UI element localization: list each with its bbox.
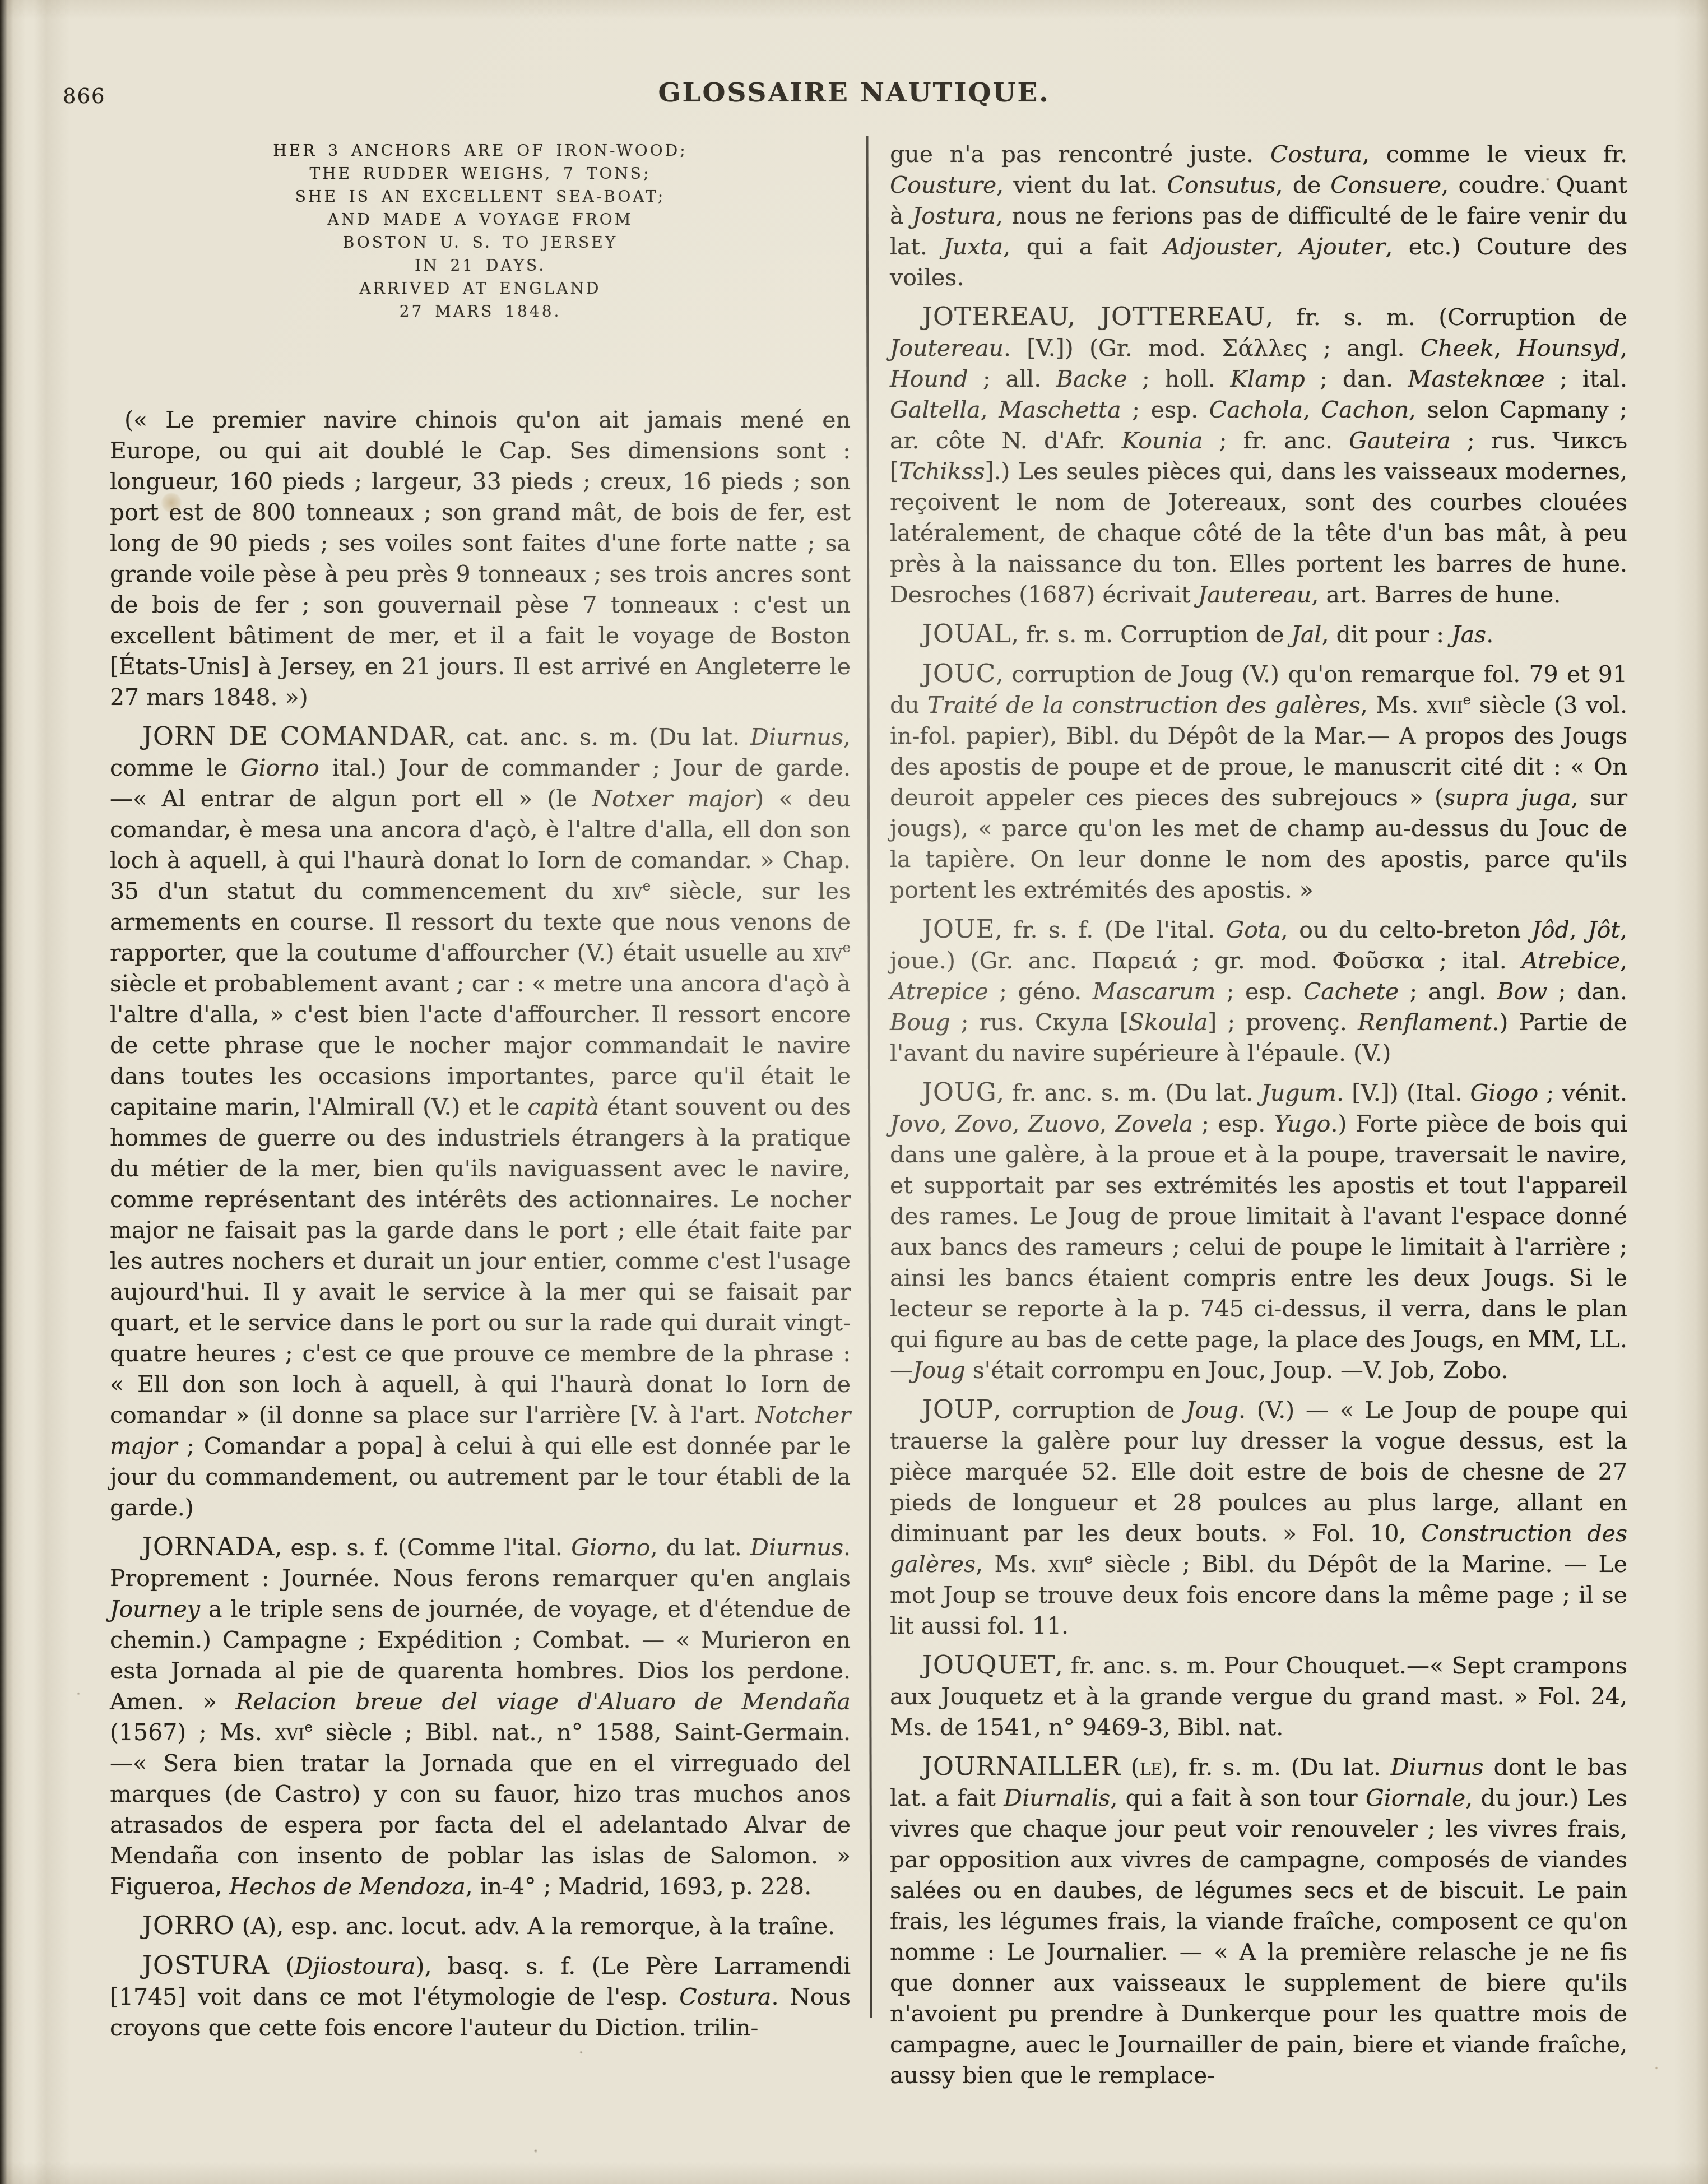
- text-run: Jas: [1451, 621, 1486, 648]
- text-run: , du jour.) Les vivres que chaque jour p…: [890, 1784, 1627, 2089]
- text-run: , comme le vieux fr.: [1362, 141, 1627, 168]
- text-paragraph: (« Le premier navire chinois qu'on ait j…: [110, 405, 851, 713]
- text-run: Kounia: [1122, 427, 1203, 454]
- text-run: Joutereau: [890, 335, 1004, 361]
- text-run: .: [1486, 621, 1493, 648]
- dictionary-entry: JORNADA, esp. s. f. (Comme l'ital. Giorn…: [110, 1531, 851, 1902]
- text-run: étant souvent ou des hommes de guerre ou…: [110, 1093, 851, 1429]
- verse-line: IN 21 DAYS.: [110, 254, 851, 277]
- text-run: Mascarum: [1093, 978, 1216, 1005]
- left-column-text: (« Le premier navire chinois qu'on ait j…: [110, 405, 851, 2043]
- text-run: ; ital.: [1545, 365, 1627, 392]
- text-run: , ou du celto-breton: [1281, 916, 1532, 943]
- text-run: s'était corrompu en Jouc, Joup. —V. Job,…: [966, 1357, 1509, 1384]
- text-run: xvii: [1048, 1551, 1085, 1578]
- text-run: ,: [1276, 233, 1299, 260]
- text-run: xiv: [813, 939, 842, 966]
- text-run: Costura: [679, 1983, 771, 2010]
- text-run: Zuovo: [1028, 1110, 1099, 1137]
- text-run: .) Forte pièce de bois qui dans une galè…: [890, 1110, 1627, 1384]
- text-run: Cousture: [890, 171, 996, 198]
- text-run: Masteknœe: [1408, 365, 1545, 392]
- text-run: ; esp.: [1215, 978, 1303, 1005]
- text-run: , fr. s. f. (De l'ital.: [995, 916, 1226, 943]
- text-run: Diurnalis: [1004, 1784, 1110, 1811]
- text-run: Traité de la construction des galères: [927, 692, 1360, 718]
- entry-headword: JOUQUET: [922, 1650, 1056, 1680]
- text-run: Consutus: [1167, 171, 1276, 198]
- text-run: Galtella: [890, 396, 981, 423]
- text-run: ; esp.: [1121, 396, 1209, 423]
- verse-line: ARRIVED AT ENGLAND: [110, 277, 851, 300]
- text-run: Consuere: [1330, 171, 1441, 198]
- text-run: ; dan.: [1547, 978, 1627, 1005]
- text-run: Diurnus: [750, 724, 843, 750]
- verse-line: SHE IS AN EXCELLENT SEA-BOAT;: [110, 185, 851, 208]
- entry-headword: JORRO: [142, 1911, 235, 1940]
- entry-headword: JOUC: [922, 659, 996, 688]
- text-run: Boug: [890, 1009, 950, 1036]
- verse-line: AND MADE A VOYAGE FROM: [110, 208, 851, 231]
- text-run: Costura: [1270, 141, 1362, 168]
- dictionary-entry: JOUP, corruption de Joug. (V.) — « Le Jo…: [890, 1394, 1627, 1642]
- text-run: Giogo: [1470, 1079, 1538, 1106]
- text-run: Tchikss: [899, 458, 985, 485]
- text-run: Cachete: [1303, 978, 1399, 1005]
- text-run: ; vénit.: [1538, 1079, 1627, 1106]
- text-run: (: [270, 1953, 294, 1979]
- text-run: xvii: [1427, 692, 1463, 718]
- text-run: , fr. s. m. (Corruption de: [1266, 304, 1627, 331]
- text-run: , qui a fait: [1003, 233, 1163, 260]
- verse-line: HER 3 ANCHORS ARE OF IRON-WOOD;: [110, 139, 851, 162]
- text-run: , dit pour :: [1321, 621, 1451, 648]
- dictionary-entry: JOSTURA (Djiostoura), basq. s. f. (Le Pè…: [110, 1950, 851, 2043]
- text-run: Notxer major: [592, 785, 755, 812]
- text-run: Giorno: [571, 1534, 650, 1561]
- text-run: Gauteira: [1349, 427, 1451, 454]
- text-run: , du lat.: [650, 1534, 750, 1561]
- text-run: e: [643, 878, 651, 894]
- text-run: Jôd: [1531, 916, 1569, 943]
- text-run: ,: [981, 396, 999, 423]
- text-run: le: [1140, 1754, 1162, 1780]
- verse-line: 27 MARS 1848.: [110, 300, 851, 323]
- entry-headword: JOURNAILLER: [922, 1751, 1121, 1781]
- text-run: e: [1463, 692, 1472, 708]
- dictionary-entry: JOUE, fr. s. f. (De l'ital. Gota, ou du …: [890, 914, 1627, 1069]
- text-run: ,: [940, 1110, 955, 1137]
- text-run: Giorno: [240, 754, 319, 781]
- text-run: ] ; provenç.: [1208, 1009, 1358, 1036]
- verse-line: BOSTON U. S. TO JERSEY: [110, 231, 851, 254]
- text-run: ; angl.: [1399, 978, 1497, 1005]
- text-run: Cheek: [1421, 335, 1494, 361]
- text-run: ; rus. Скула [: [950, 1009, 1128, 1036]
- text-run: (« Le premier navire chinois qu'on ait j…: [110, 406, 851, 711]
- text-run: (A), esp. anc. locut. adv. A la remorque…: [235, 1913, 836, 1940]
- text-run: , Ms.: [1361, 692, 1427, 718]
- text-run: ; esp.: [1193, 1110, 1274, 1137]
- text-run: ,: [1570, 916, 1588, 943]
- text-run: Giornale: [1366, 1784, 1465, 1811]
- text-run: Journey: [110, 1596, 200, 1622]
- text-run: ; fr. anc.: [1203, 427, 1349, 454]
- text-run: Hound: [890, 365, 968, 392]
- entry-headword: JOSTURA: [142, 1950, 270, 1980]
- text-run: ), fr. s. m. (Du lat.: [1162, 1754, 1391, 1780]
- text-run: supra juga: [1444, 784, 1571, 811]
- text-run: ; all.: [968, 365, 1056, 392]
- text-run: Jôt: [1588, 916, 1620, 943]
- text-run: Bow: [1497, 978, 1547, 1005]
- right-column: gue n'a pas rencontré juste. Costura, co…: [890, 139, 1627, 2091]
- text-run: , in-4° ; Madrid, 1693, p. 228.: [466, 1873, 812, 1900]
- text-run: Yugo: [1274, 1110, 1331, 1137]
- text-run: . [V.]) (Ital.: [1336, 1079, 1470, 1106]
- entry-headword: JORNADA: [142, 1532, 275, 1561]
- text-run: Skoula: [1129, 1009, 1208, 1036]
- verse-block: HER 3 ANCHORS ARE OF IRON-WOOD;THE RUDDE…: [110, 139, 851, 323]
- text-run: Maschetta: [999, 396, 1121, 423]
- dictionary-entry: JOUQUET, fr. anc. s. m. Pour Chouquet.—«…: [890, 1649, 1627, 1743]
- text-paragraph: gue n'a pas rencontré juste. Costura, co…: [890, 139, 1627, 293]
- entry-headword: JOUAL: [922, 619, 1011, 648]
- text-run: (1567) ; Ms.: [110, 1719, 275, 1746]
- text-run: Juxta: [943, 233, 1003, 260]
- verse-line: THE RUDDER WEIGHS, 7 TONS;: [110, 162, 851, 185]
- text-run: Relacion breue del viage d'Aluaro de Men…: [236, 1688, 851, 1715]
- text-run: , cat. anc. s. m. (Du lat.: [448, 724, 750, 750]
- text-run: ; Comandar a popa] à celui à qui elle es…: [110, 1432, 851, 1521]
- text-run: , Ms.: [976, 1551, 1048, 1578]
- text-run: ,: [1012, 1110, 1028, 1137]
- text-run: e: [1085, 1551, 1093, 1567]
- dictionary-entry: JOTEREAU, JOTTEREAU, fr. s. m. (Corrupti…: [890, 301, 1627, 610]
- text-run: , qui a fait à son tour: [1110, 1784, 1366, 1811]
- scanned-page: { "theme": { "paper_color": "#e8e3d4", "…: [0, 0, 1708, 2184]
- text-run: , fr. anc. s. m. (Du lat.: [997, 1079, 1261, 1106]
- text-run: Zovela: [1116, 1110, 1193, 1137]
- text-run: , art. Barres de hune.: [1311, 581, 1561, 608]
- text-run: Jal: [1291, 621, 1321, 648]
- dictionary-entry: JORRO (A), esp. anc. locut. adv. A la re…: [110, 1910, 851, 1942]
- entry-headword: JOTEREAU, JOTTEREAU: [922, 302, 1266, 331]
- text-run: , vient du lat.: [996, 171, 1167, 198]
- text-run: xvi: [275, 1719, 304, 1746]
- text-run: Hechos de Mendoza: [229, 1873, 465, 1900]
- entry-headword: JOUG: [922, 1077, 997, 1107]
- text-run: Cachon: [1321, 396, 1409, 423]
- text-run: Adjouster: [1163, 233, 1276, 260]
- text-run: ,: [1099, 1110, 1115, 1137]
- text-run: ,: [1303, 396, 1321, 423]
- text-run: , de: [1276, 171, 1331, 198]
- text-run: Jostura: [912, 202, 996, 229]
- dictionary-entry: JORN DE COMANDAR, cat. anc. s. m. (Du la…: [110, 721, 851, 1523]
- text-run: , esp. s. f. (Comme l'ital.: [275, 1534, 571, 1561]
- text-run: ; géno.: [988, 978, 1093, 1005]
- text-run: Jautereau: [1198, 581, 1312, 608]
- text-run: Atrebice: [1521, 947, 1620, 974]
- right-column-text: gue n'a pas rencontré juste. Costura, co…: [890, 139, 1627, 2091]
- left-column: HER 3 ANCHORS ARE OF IRON-WOOD;THE RUDDE…: [110, 139, 851, 2043]
- text-run: , corruption de: [994, 1397, 1186, 1423]
- text-run: e: [842, 939, 851, 956]
- dictionary-entry: JOUAL, fr. s. m. Corruption de Jal, dit …: [890, 618, 1627, 650]
- entry-headword: JOUP: [922, 1394, 994, 1424]
- text-run: Cachola: [1209, 396, 1303, 423]
- text-run: Jugum: [1261, 1079, 1336, 1106]
- text-run: Renflament: [1358, 1009, 1492, 1036]
- text-run: Zovo: [955, 1110, 1012, 1137]
- dictionary-entry: JOUG, fr. anc. s. m. (Du lat. Jugum. [V.…: [890, 1077, 1627, 1386]
- text-run: Djiostoura: [294, 1953, 415, 1979]
- text-run: . [V.]) (Gr. mod. Σάλλες ; angl.: [1004, 335, 1421, 361]
- dictionary-entry: JOUC, corruption de Joug (V.) qu'on rema…: [890, 658, 1627, 906]
- text-run: Jovo: [890, 1110, 940, 1137]
- text-run: ,: [1620, 335, 1627, 361]
- text-run: Hounsyd: [1517, 335, 1620, 361]
- text-run: Joug: [913, 1357, 966, 1384]
- text-run: xiv: [613, 878, 643, 905]
- text-run: Diurnus: [750, 1534, 843, 1561]
- text-run: Gota: [1226, 916, 1280, 943]
- text-run: Joug: [1186, 1397, 1238, 1423]
- text-run: Ajouter: [1299, 233, 1386, 260]
- text-run: e: [304, 1719, 313, 1735]
- text-run: Klamp: [1230, 365, 1305, 392]
- entry-headword: JORN DE COMANDAR: [142, 721, 448, 751]
- dictionary-entry: JOURNAILLER (le), fr. s. m. (Du lat. Diu…: [890, 1751, 1627, 2091]
- text-run: ; dan.: [1305, 365, 1408, 392]
- text-run: capità: [527, 1093, 599, 1120]
- text-run: , fr. s. m. Corruption de: [1011, 621, 1292, 648]
- entry-headword: JOUE: [922, 914, 995, 944]
- text-run: Atrepice: [890, 978, 988, 1005]
- text-run: Diurnus: [1391, 1754, 1484, 1780]
- text-run: ,: [1620, 947, 1627, 974]
- running-head: GLOSSAIRE NAUTIQUE.: [0, 77, 1708, 108]
- text-run: ; holl.: [1127, 365, 1230, 392]
- text-run: Backe: [1056, 365, 1127, 392]
- text-run: gue n'a pas rencontré juste.: [890, 141, 1270, 168]
- column-divider-rule: [866, 136, 872, 2018]
- text-run: (: [1121, 1754, 1140, 1780]
- text-run: ,: [1494, 335, 1517, 361]
